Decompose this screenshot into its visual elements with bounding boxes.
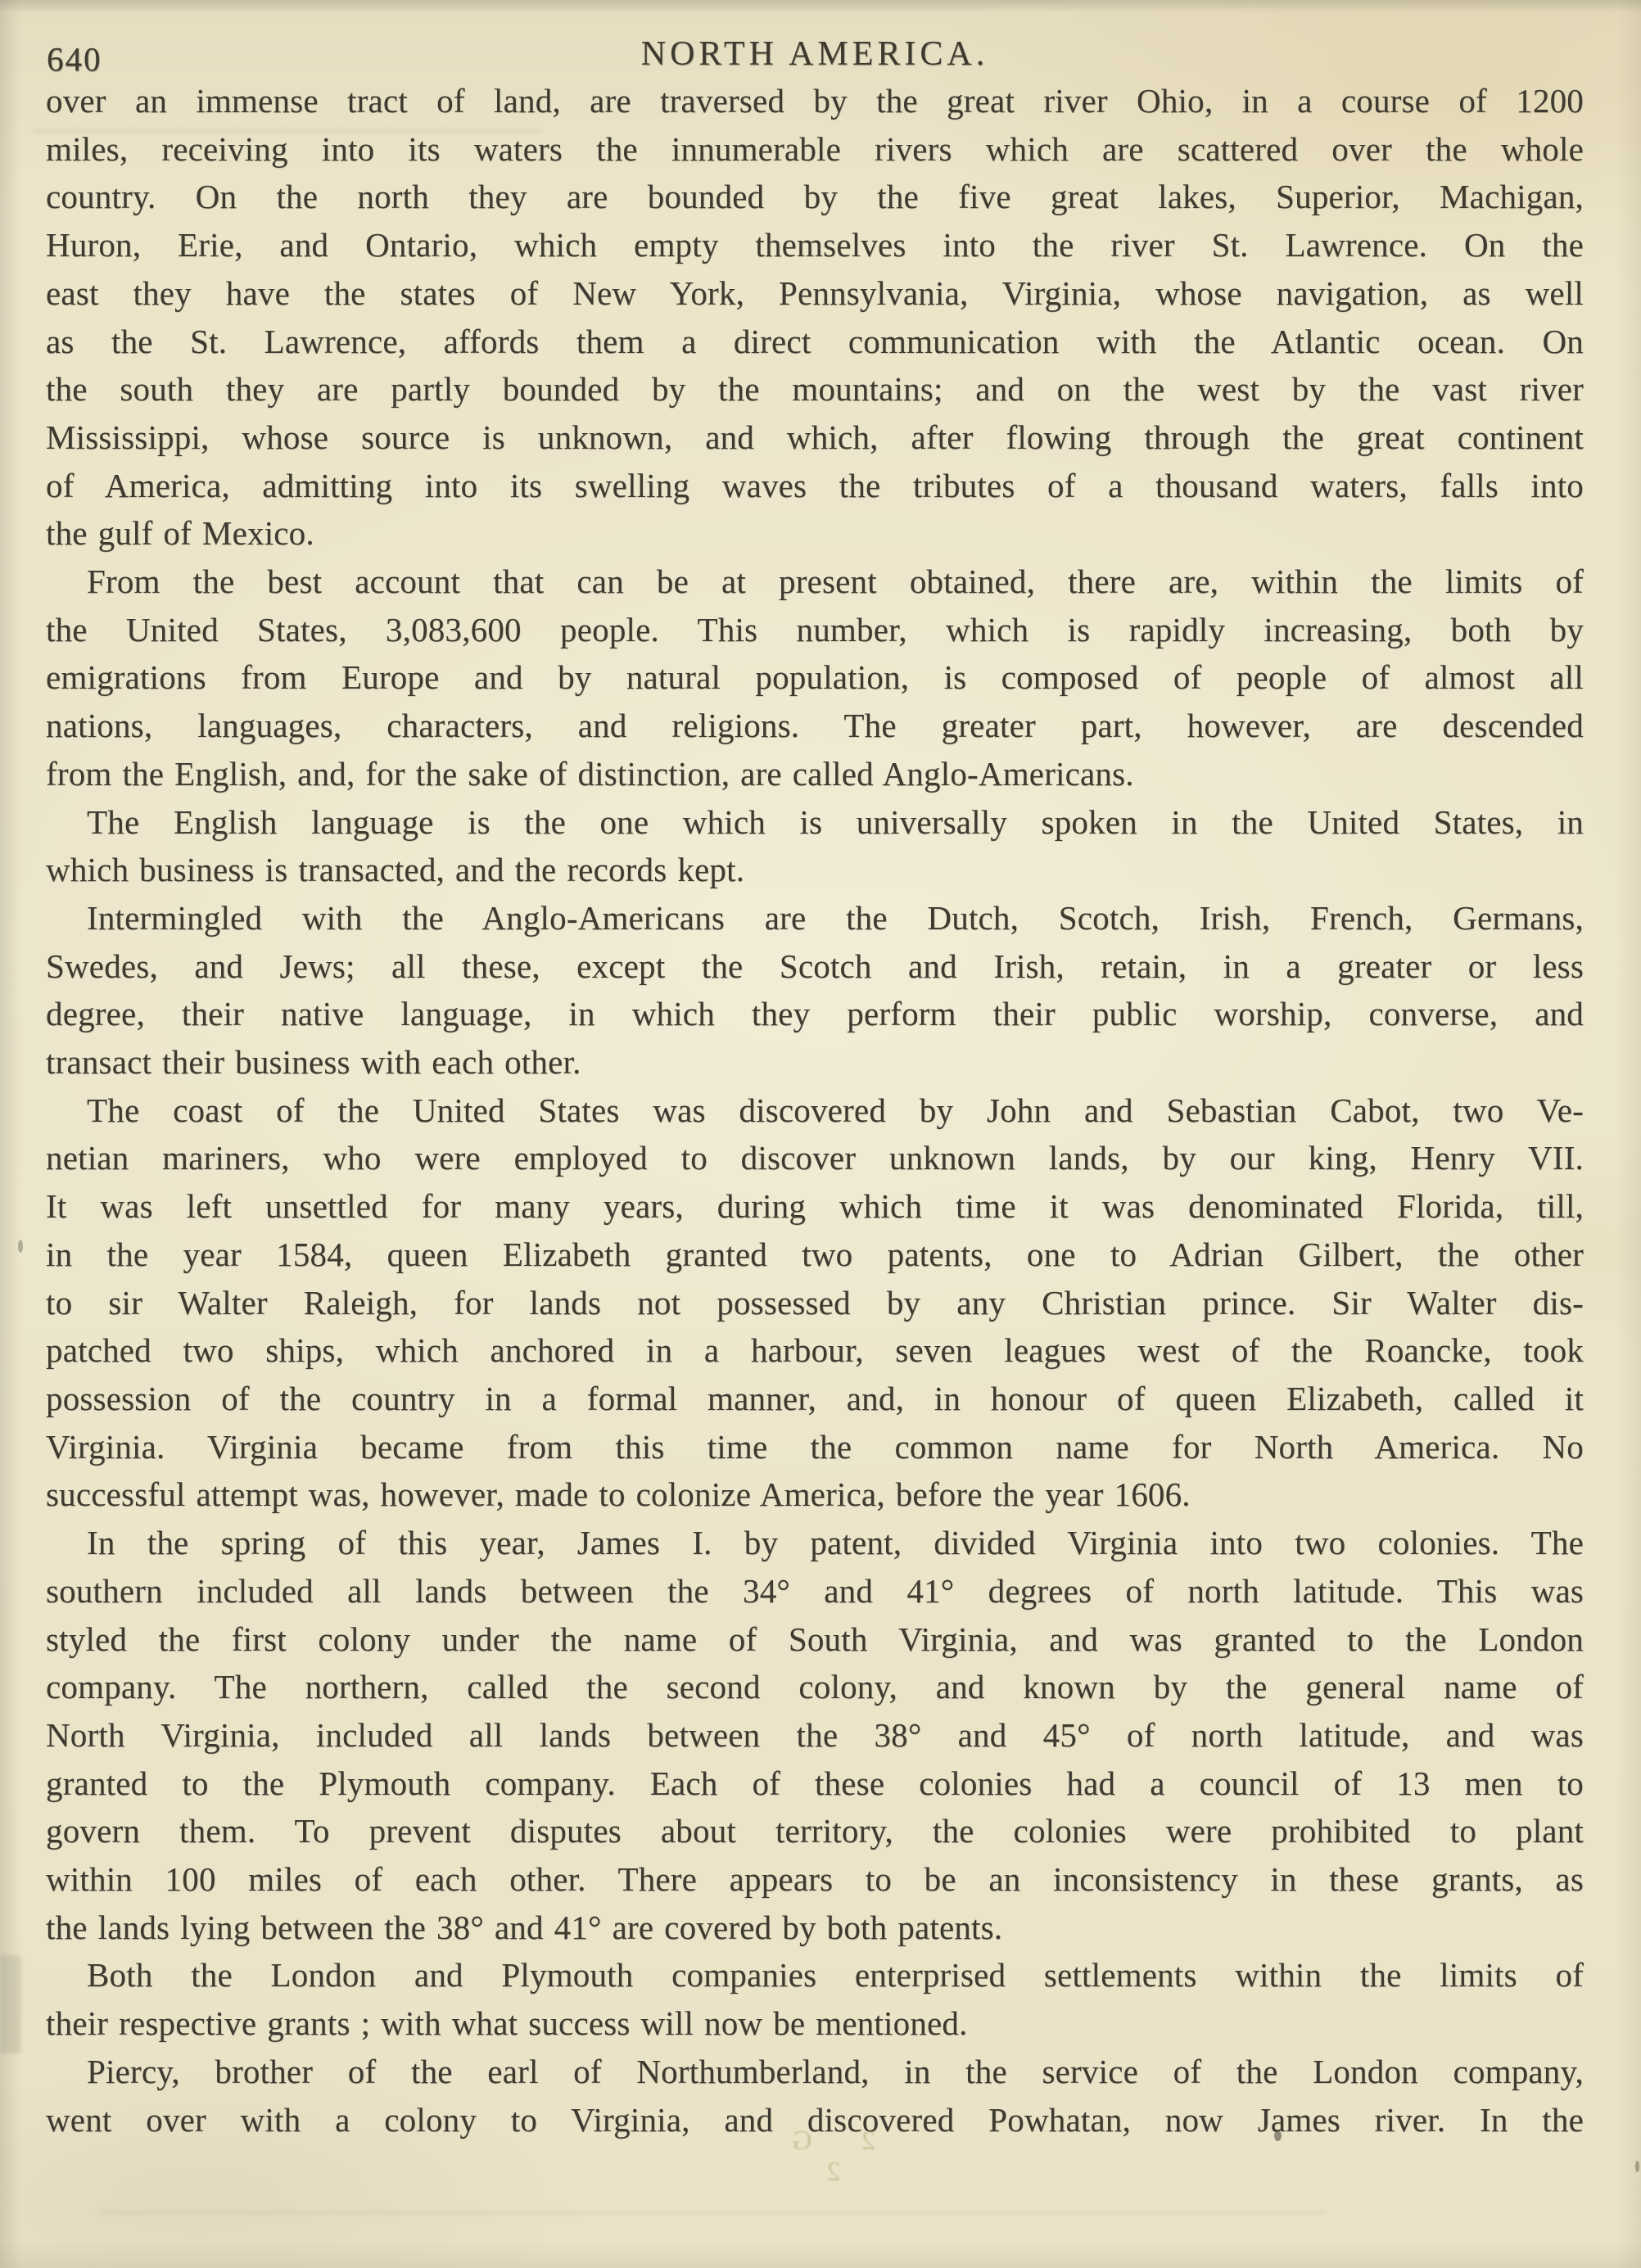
paragraph: The English language is the one which is… [46,798,1584,894]
text-line: successful attempt was, however, made to… [46,1471,1584,1519]
text-line: possession of the country in a formal ma… [46,1375,1584,1423]
text-line: the gulf of Mexico. [46,509,1584,558]
paper-speck [18,1240,23,1253]
page-body: over an immense tract of land, are trave… [46,77,1584,2144]
text-line: southern included all lands between the … [46,1567,1584,1615]
text-line: company. The northern, called the second… [46,1663,1584,1711]
text-line: from the English, and, for the sake of d… [46,750,1584,798]
text-line: to sir Walter Raleigh, for lands not pos… [46,1279,1584,1327]
paper-streak [0,1955,21,2053]
text-line: Intermingled with the Anglo-Americans ar… [46,894,1584,942]
text-line: of America, admitting into its swelling … [46,462,1584,510]
text-line: Swedes, and Jews; all these, except the … [46,942,1584,991]
text-line: east they have the states of New York, P… [46,269,1584,318]
text-line: Mississippi, whose source is unknown, an… [46,413,1584,462]
page-header-title: NORTH AMERICA. [46,34,1584,74]
text-line: the south they are partly bounded by the… [46,365,1584,413]
text-line: It was left unsettled for many years, du… [46,1182,1584,1231]
text-line: Both the London and Plymouth companies e… [46,1951,1584,1999]
paragraph: The coast of the United States was disco… [46,1087,1584,1519]
text-line: degree, their native language, in which … [46,990,1584,1038]
book-page: 640 NORTH AMERICA. over an immense tract… [0,0,1641,2268]
text-line: The coast of the United States was disco… [46,1087,1584,1135]
text-line: in the year 1584, queen Elizabeth grante… [46,1231,1584,1279]
paper-speck [1635,2161,1639,2172]
text-line: Virginia. Virginia became from this time… [46,1423,1584,1471]
text-line: North Virginia, included all lands betwe… [46,1711,1584,1760]
text-line: patched two ships, which anchored in a h… [46,1326,1584,1375]
text-line: The English language is the one which is… [46,798,1584,847]
paragraph: Intermingled with the Anglo-Americans ar… [46,894,1584,1087]
paragraph: From the best account that can be at pre… [46,558,1584,798]
text-line: as the St. Lawrence, affords them a dire… [46,318,1584,366]
text-line: Huron, Erie, and Ontario, which empty th… [46,221,1584,269]
paragraph: Both the London and Plymouth companies e… [46,1951,1584,2047]
text-line: the lands lying between the 38° and 41° … [46,1904,1584,1952]
text-line: granted to the Plymouth company. Each of… [46,1760,1584,1808]
show-through-signature: 2 G 2 [741,2126,905,2188]
text-line: the United States, 3,083,600 people. Thi… [46,606,1584,654]
text-line: nations, languages, characters, and reli… [46,702,1584,750]
paragraph: In the spring of this year, James I. by … [46,1519,1584,1951]
text-line: Piercy, brother of the earl of Northumbe… [46,2048,1584,2096]
text-line: emigrations from Europe and by natural p… [46,653,1584,702]
text-line: styled the first colony under the name o… [46,1615,1584,1664]
text-line: miles, receiving into its waters the inn… [46,125,1584,174]
text-line: netian mariners, who were employed to di… [46,1134,1584,1182]
text-line: country. On the north they are bounded b… [46,173,1584,221]
text-line: govern them. To prevent disputes about t… [46,1807,1584,1855]
text-line: their respective grants ; with what succ… [46,1999,1584,2048]
text-line: over an immense tract of land, are trave… [46,77,1584,125]
paper-streak [98,2211,1327,2215]
text-line: which business is transacted, and the re… [46,846,1584,894]
paper-speck [1274,2130,1282,2141]
text-line: transact their business with each other. [46,1038,1584,1087]
text-line: within 100 miles of each other. There ap… [46,1855,1584,1904]
text-line: In the spring of this year, James I. by … [46,1519,1584,1567]
paragraph: over an immense tract of land, are trave… [46,77,1584,558]
text-line: From the best account that can be at pre… [46,558,1584,606]
